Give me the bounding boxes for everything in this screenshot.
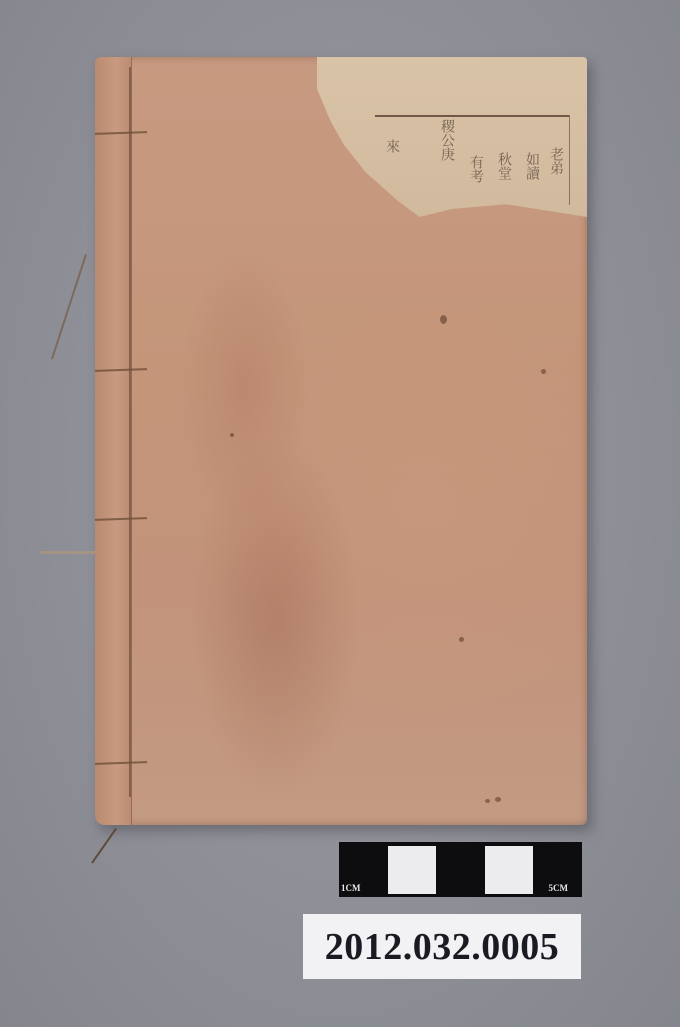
book-spine bbox=[95, 57, 132, 825]
accession-number: 2012.032.0005 bbox=[325, 925, 560, 969]
label-char: 有考 bbox=[469, 155, 483, 183]
label-rule bbox=[375, 115, 570, 117]
label-char: 老弟 bbox=[549, 147, 563, 175]
loose-binding-thread bbox=[51, 254, 87, 359]
scale-bar: 1CM 5CM bbox=[339, 842, 582, 897]
loose-binding-thread bbox=[40, 551, 95, 554]
scale-square bbox=[485, 846, 533, 894]
label-rule bbox=[569, 115, 570, 205]
stain-spot bbox=[459, 637, 464, 642]
stain-spot bbox=[541, 369, 546, 374]
book-cover: 來 稷公庚 有考 秋堂 如讀 老弟 bbox=[95, 57, 587, 825]
label-char: 來 bbox=[385, 139, 399, 153]
binding-line bbox=[129, 67, 131, 797]
stain-spot bbox=[495, 797, 501, 802]
stain-spot bbox=[230, 433, 234, 437]
scale-label-left: 1CM bbox=[341, 883, 361, 893]
scale-square bbox=[388, 846, 436, 894]
label-char: 如讀 bbox=[525, 152, 539, 180]
stain-spot bbox=[440, 315, 447, 324]
accession-label: 2012.032.0005 bbox=[303, 914, 581, 979]
scale-label-right: 5CM bbox=[549, 883, 569, 893]
label-char: 稷公庚 bbox=[440, 119, 454, 161]
label-char: 秋堂 bbox=[497, 152, 511, 180]
stain-spot bbox=[485, 799, 490, 803]
loose-binding-thread bbox=[91, 828, 117, 864]
